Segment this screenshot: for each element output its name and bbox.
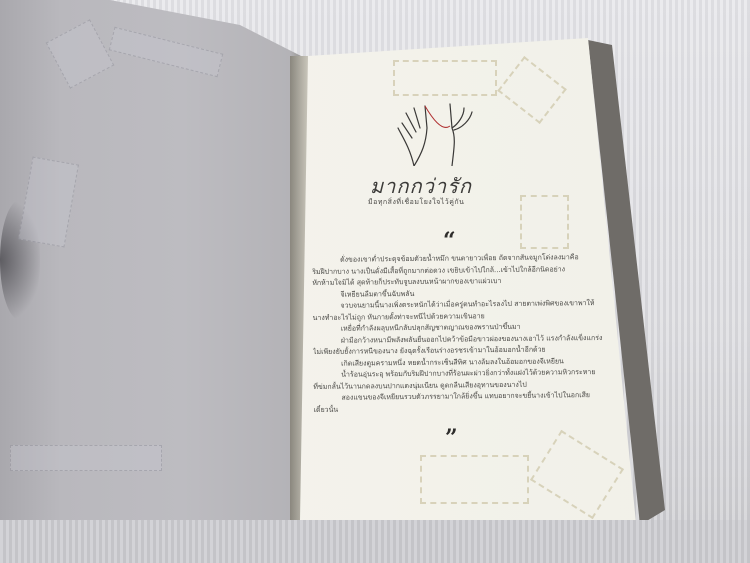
- table-surface-front: [0, 520, 750, 563]
- tape-residue: [520, 195, 569, 249]
- open-quote: “: [443, 228, 456, 254]
- left-page-blank: [0, 0, 305, 520]
- body-text: ดั่งของเขาต่ำประดุจข้อมตัวยน้ำหมึก ขนตาย…: [312, 252, 619, 416]
- tape-residue: [420, 455, 529, 504]
- tape-residue: [393, 60, 497, 96]
- book-subtitle: มือทุกสิ่งที่เชื่อมโยงใจไว้คู่กัน: [368, 197, 464, 208]
- tape-mark: [10, 445, 162, 471]
- two-hands-tied-with-red-thread-icon: [392, 98, 482, 166]
- close-quote: ”: [445, 425, 458, 451]
